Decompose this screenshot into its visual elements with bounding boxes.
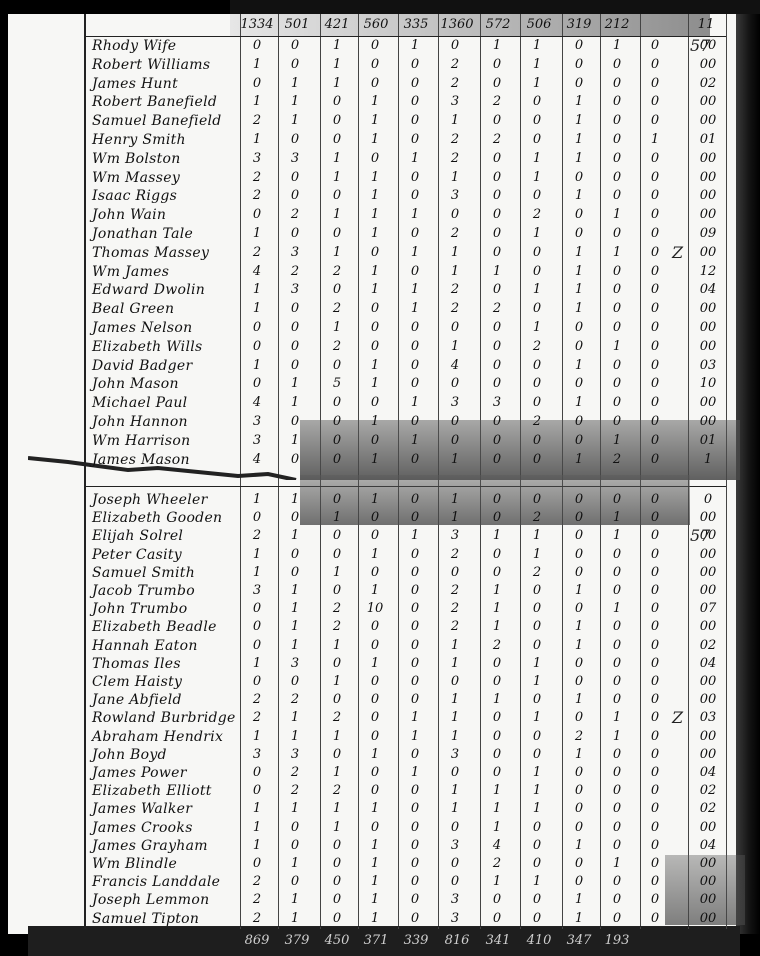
tally-value: 1 bbox=[242, 224, 272, 244]
tally-value: 0 bbox=[602, 836, 632, 856]
row-tally: 07 bbox=[688, 599, 728, 619]
tally-value: 1 bbox=[322, 243, 352, 263]
tally-value: 2 bbox=[242, 186, 272, 206]
head-of-household-name: David Badger bbox=[92, 356, 242, 376]
tally-value: 1 bbox=[242, 727, 272, 747]
row-tally: 01 bbox=[688, 431, 728, 451]
row-tally: 03 bbox=[688, 356, 728, 376]
header-total: 506 bbox=[518, 14, 560, 36]
header-total: 421 bbox=[318, 14, 356, 36]
header-total: 1360 bbox=[436, 14, 478, 36]
tally-value: 0 bbox=[280, 412, 310, 432]
tally-value: 2 bbox=[440, 55, 470, 75]
tally-value: 0 bbox=[602, 617, 632, 637]
census-row: Joseph Wheeler110101000000 bbox=[0, 490, 760, 510]
tally-value: 1 bbox=[564, 909, 594, 929]
tally-value: 0 bbox=[564, 318, 594, 338]
tally-value: 1 bbox=[640, 130, 670, 150]
tally-value: 0 bbox=[400, 890, 430, 910]
tally-value: 0 bbox=[400, 909, 430, 929]
tally-value: 2 bbox=[522, 205, 552, 225]
tally-value: 0 bbox=[400, 130, 430, 150]
tally-value: 1 bbox=[360, 262, 390, 282]
row-tally: 04 bbox=[688, 763, 728, 783]
tally-value: 2 bbox=[242, 690, 272, 710]
tally-value: 1 bbox=[322, 727, 352, 747]
tally-value: 0 bbox=[482, 545, 512, 565]
census-row: Robert Banefield1101032010000 bbox=[0, 92, 760, 112]
tally-value: 0 bbox=[640, 431, 670, 451]
row-tally: 02 bbox=[688, 799, 728, 819]
tally-value: 1 bbox=[360, 92, 390, 112]
tally-value: 0 bbox=[522, 636, 552, 656]
tally-value: 0 bbox=[400, 563, 430, 583]
tally-value: 0 bbox=[640, 836, 670, 856]
tally-value: 1 bbox=[522, 654, 552, 674]
tally-value: 0 bbox=[602, 818, 632, 838]
tally-value: 1 bbox=[440, 490, 470, 510]
census-row: James Grayham1001034010004 bbox=[0, 836, 760, 856]
head-of-household-name: Hannah Eaton bbox=[92, 636, 242, 656]
tally-value: 1 bbox=[242, 92, 272, 112]
tally-value: 1 bbox=[360, 224, 390, 244]
tally-value: 1 bbox=[564, 299, 594, 319]
tally-value: 0 bbox=[400, 617, 430, 637]
tally-value: 1 bbox=[400, 393, 430, 413]
tally-value: 0 bbox=[602, 393, 632, 413]
tally-value: 0 bbox=[640, 55, 670, 75]
row-tally: 00 bbox=[688, 563, 728, 583]
census-row: Samuel Smith1010000200000 bbox=[0, 563, 760, 583]
tally-value: 0 bbox=[400, 318, 430, 338]
tally-value: 0 bbox=[482, 356, 512, 376]
head-of-household-name: Wm James bbox=[92, 262, 242, 282]
tally-value: 0 bbox=[522, 299, 552, 319]
tally-value: 0 bbox=[400, 654, 430, 674]
tally-value: 0 bbox=[602, 92, 632, 112]
tally-value: 1 bbox=[522, 763, 552, 783]
tally-value: 0 bbox=[360, 299, 390, 319]
footer-total: 347 bbox=[560, 930, 598, 952]
tally-value: 0 bbox=[564, 818, 594, 838]
tally-value: 0 bbox=[242, 617, 272, 637]
tally-value: 0 bbox=[322, 393, 352, 413]
header-total: 572 bbox=[478, 14, 518, 36]
tally-value: 1 bbox=[400, 243, 430, 263]
head-of-household-name: Jonathan Tale bbox=[92, 224, 242, 244]
tally-value: 1 bbox=[360, 280, 390, 300]
tally-value: 1 bbox=[322, 818, 352, 838]
head-of-household-name: Beal Green bbox=[92, 299, 242, 319]
tally-value: 1 bbox=[360, 909, 390, 929]
header-total: 560 bbox=[356, 14, 396, 36]
tally-value: 0 bbox=[360, 337, 390, 357]
tally-value: 0 bbox=[564, 799, 594, 819]
head-of-household-name: John Mason bbox=[92, 374, 242, 394]
tally-value: 1 bbox=[482, 526, 512, 546]
tally-value: 1 bbox=[242, 818, 272, 838]
tally-value: 1 bbox=[440, 508, 470, 528]
footer-total bbox=[636, 930, 686, 952]
census-row: Michael Paul4100133010000 bbox=[0, 393, 760, 413]
census-row: Francis Landdale2001001100000 bbox=[0, 872, 760, 892]
tally-value: 0 bbox=[640, 545, 670, 565]
tally-value: 0 bbox=[322, 92, 352, 112]
tally-value: 0 bbox=[360, 727, 390, 747]
tally-value: 0 bbox=[602, 563, 632, 583]
tally-value: 3 bbox=[440, 526, 470, 546]
tally-value: 1 bbox=[602, 337, 632, 357]
tally-value: 0 bbox=[522, 431, 552, 451]
census-row: Isaac Riggs2001030010000 bbox=[0, 186, 760, 206]
tally-value: 0 bbox=[640, 168, 670, 188]
tally-value: 0 bbox=[280, 545, 310, 565]
head-of-household-name: Francis Landdale bbox=[92, 872, 242, 892]
head-of-household-name: James Walker bbox=[92, 799, 242, 819]
tally-value: 0 bbox=[482, 224, 512, 244]
tally-value: 1 bbox=[242, 836, 272, 856]
tally-value: 0 bbox=[242, 763, 272, 783]
row-tally: 00 bbox=[688, 55, 728, 75]
tally-value: 0 bbox=[280, 508, 310, 528]
tally-value: 1 bbox=[602, 508, 632, 528]
tally-value: 0 bbox=[564, 563, 594, 583]
row-tally: 00 bbox=[688, 186, 728, 206]
tally-value: 0 bbox=[522, 890, 552, 910]
tally-value: 0 bbox=[400, 636, 430, 656]
tally-value: 0 bbox=[360, 318, 390, 338]
tally-value: 2 bbox=[242, 526, 272, 546]
tally-value: 1 bbox=[280, 727, 310, 747]
tally-value: 0 bbox=[280, 450, 310, 470]
census-row: John Mason0151000000010 bbox=[0, 374, 760, 394]
row-tally: 0 bbox=[688, 490, 728, 510]
tally-value: 1 bbox=[522, 708, 552, 728]
census-row: Samuel Banefield2101010010000 bbox=[0, 111, 760, 131]
row-tally: 1 bbox=[688, 450, 728, 470]
row-tally: 01 bbox=[688, 130, 728, 150]
tally-value: 0 bbox=[400, 599, 430, 619]
tally-value: 0 bbox=[482, 654, 512, 674]
tally-value: 1 bbox=[400, 280, 430, 300]
row-tally: 00 bbox=[688, 745, 728, 765]
tally-value: 0 bbox=[640, 243, 670, 263]
tally-value: 2 bbox=[280, 781, 310, 801]
tally-value: 1 bbox=[564, 149, 594, 169]
tally-value: 0 bbox=[400, 581, 430, 601]
tally-value: 10 bbox=[360, 599, 390, 619]
tally-value: 0 bbox=[640, 337, 670, 357]
tally-value: 2 bbox=[242, 890, 272, 910]
head-of-household-name: Samuel Banefield bbox=[92, 111, 242, 131]
tally-value: 1 bbox=[322, 168, 352, 188]
tally-value: 0 bbox=[602, 745, 632, 765]
tally-value: 1 bbox=[360, 581, 390, 601]
tally-value: 1 bbox=[400, 763, 430, 783]
tally-value: 1 bbox=[280, 74, 310, 94]
census-row: James Hunt0110020100002 bbox=[0, 74, 760, 94]
header-total: 319 bbox=[560, 14, 598, 36]
head-of-household-name: Wm Bolston bbox=[92, 149, 242, 169]
tally-value: 1 bbox=[482, 690, 512, 710]
tally-value: 2 bbox=[482, 854, 512, 874]
tally-value: 1 bbox=[280, 599, 310, 619]
tally-value: 0 bbox=[602, 636, 632, 656]
tally-value: 0 bbox=[640, 224, 670, 244]
tally-value: 0 bbox=[640, 563, 670, 583]
tally-value: 0 bbox=[640, 318, 670, 338]
footer-total: 193 bbox=[598, 930, 636, 952]
tally-value: 2 bbox=[522, 337, 552, 357]
tally-value: 0 bbox=[522, 393, 552, 413]
tally-value: 1 bbox=[482, 599, 512, 619]
tally-value: 0 bbox=[640, 374, 670, 394]
row-tally: 00 bbox=[688, 111, 728, 131]
tally-value: 0 bbox=[400, 745, 430, 765]
tally-value: 2 bbox=[280, 205, 310, 225]
census-row: Henry Smith1001022010101 bbox=[0, 130, 760, 150]
tally-value: 3 bbox=[280, 654, 310, 674]
tally-value: 0 bbox=[482, 727, 512, 747]
row-tally: 00 bbox=[688, 393, 728, 413]
tally-value: 0 bbox=[522, 243, 552, 263]
tally-value: 0 bbox=[640, 799, 670, 819]
tally-value: 0 bbox=[482, 508, 512, 528]
tally-value: 1 bbox=[522, 672, 552, 692]
head-of-household-name: James Nelson bbox=[92, 318, 242, 338]
tally-value: 2 bbox=[482, 636, 512, 656]
tally-value: 0 bbox=[322, 872, 352, 892]
tally-value: 1 bbox=[360, 872, 390, 892]
tally-value: 1 bbox=[522, 74, 552, 94]
tally-value: 1 bbox=[280, 490, 310, 510]
tally-value: 0 bbox=[602, 168, 632, 188]
tally-value: 0 bbox=[280, 224, 310, 244]
tally-value: 3 bbox=[280, 745, 310, 765]
tally-value: 3 bbox=[440, 890, 470, 910]
tally-value: 0 bbox=[640, 450, 670, 470]
tally-value: 0 bbox=[322, 581, 352, 601]
row-tally: 02 bbox=[688, 781, 728, 801]
tally-value: 0 bbox=[522, 450, 552, 470]
tally-value: 0 bbox=[602, 872, 632, 892]
tally-value: 0 bbox=[242, 636, 272, 656]
tally-value: 1 bbox=[280, 526, 310, 546]
tally-value: 1 bbox=[482, 781, 512, 801]
tally-value: 4 bbox=[242, 393, 272, 413]
tally-value: 0 bbox=[564, 55, 594, 75]
tally-value: 3 bbox=[280, 280, 310, 300]
head-of-household-name: James Crooks bbox=[92, 818, 242, 838]
tally-value: 0 bbox=[242, 781, 272, 801]
tally-value: 1 bbox=[440, 690, 470, 710]
tally-value: 1 bbox=[242, 545, 272, 565]
tally-value: 0 bbox=[242, 672, 272, 692]
tally-value: 1 bbox=[280, 92, 310, 112]
tally-value: 0 bbox=[640, 909, 670, 929]
tally-value: 0 bbox=[482, 450, 512, 470]
tally-value: 1 bbox=[322, 55, 352, 75]
tally-value: 0 bbox=[360, 55, 390, 75]
tally-value: 0 bbox=[640, 356, 670, 376]
tally-value: 0 bbox=[322, 745, 352, 765]
tally-value: 0 bbox=[482, 672, 512, 692]
tally-value: 3 bbox=[440, 393, 470, 413]
tally-value: 1 bbox=[602, 526, 632, 546]
tally-value: 1 bbox=[280, 890, 310, 910]
tally-value: 0 bbox=[400, 872, 430, 892]
tally-value: 0 bbox=[640, 36, 670, 56]
tally-value: 0 bbox=[322, 450, 352, 470]
tally-value: 1 bbox=[322, 563, 352, 583]
tally-value: 0 bbox=[640, 636, 670, 656]
tally-value: 0 bbox=[322, 356, 352, 376]
tally-value: 1 bbox=[602, 727, 632, 747]
tally-value: 1 bbox=[564, 186, 594, 206]
tally-value: 0 bbox=[602, 149, 632, 169]
head-of-household-name: Jacob Trumbo bbox=[92, 581, 242, 601]
row-tally: 12 bbox=[688, 262, 728, 282]
tally-value: 1 bbox=[280, 581, 310, 601]
row-tally: 00 bbox=[688, 299, 728, 319]
tally-value: 0 bbox=[440, 318, 470, 338]
tally-value: 2 bbox=[322, 262, 352, 282]
tally-value: 0 bbox=[280, 337, 310, 357]
head-of-household-name: Thomas Iles bbox=[92, 654, 242, 674]
tally-value: 2 bbox=[522, 508, 552, 528]
tally-value: 0 bbox=[522, 690, 552, 710]
tally-value: 1 bbox=[482, 581, 512, 601]
tally-value: 1 bbox=[400, 299, 430, 319]
tally-value: 0 bbox=[322, 490, 352, 510]
head-of-household-name: Jane Abfield bbox=[92, 690, 242, 710]
tally-value: 0 bbox=[640, 299, 670, 319]
tally-value: 0 bbox=[482, 763, 512, 783]
tally-value: 0 bbox=[360, 708, 390, 728]
tally-value: 0 bbox=[640, 186, 670, 206]
tally-value: 0 bbox=[400, 111, 430, 131]
tally-value: 2 bbox=[280, 262, 310, 282]
tally-value: 0 bbox=[522, 854, 552, 874]
tally-value: 1 bbox=[322, 672, 352, 692]
tally-value: 0 bbox=[640, 890, 670, 910]
row-tally: 00 bbox=[688, 890, 728, 910]
tally-value: 1 bbox=[522, 168, 552, 188]
tally-value: 0 bbox=[360, 393, 390, 413]
tally-value: 4 bbox=[242, 262, 272, 282]
tally-value: 0 bbox=[280, 356, 310, 376]
tally-value: 0 bbox=[400, 508, 430, 528]
row-tally: 04 bbox=[688, 280, 728, 300]
census-row: John Trumbo01210021001007 bbox=[0, 599, 760, 619]
tally-value: 1 bbox=[242, 654, 272, 674]
tally-value: 1 bbox=[280, 708, 310, 728]
tally-value: 0 bbox=[400, 854, 430, 874]
tally-value: 0 bbox=[440, 872, 470, 892]
footer-total: 410 bbox=[518, 930, 560, 952]
tally-value: 0 bbox=[564, 781, 594, 801]
tally-value: 0 bbox=[400, 224, 430, 244]
census-row: Wm Bolston3310120110000 bbox=[0, 149, 760, 169]
row-tally: 00 bbox=[688, 318, 728, 338]
tally-value: 0 bbox=[564, 672, 594, 692]
tally-value: 0 bbox=[400, 262, 430, 282]
head-of-household-name: Elijah Solrel bbox=[92, 526, 242, 546]
census-row: Jonathan Tale1001020100009 bbox=[0, 224, 760, 244]
tally-value: 0 bbox=[522, 186, 552, 206]
tally-value: 1 bbox=[322, 799, 352, 819]
tally-value: 0 bbox=[322, 909, 352, 929]
tally-value: 2 bbox=[440, 74, 470, 94]
tally-value: 1 bbox=[242, 280, 272, 300]
tally-value: 2 bbox=[322, 337, 352, 357]
tally-value: 0 bbox=[482, 374, 512, 394]
tally-value: 0 bbox=[602, 55, 632, 75]
tally-value: 0 bbox=[564, 545, 594, 565]
tally-value: 0 bbox=[602, 654, 632, 674]
footer-total: 450 bbox=[318, 930, 356, 952]
tally-value: 0 bbox=[640, 672, 670, 692]
tally-value: 0 bbox=[440, 818, 470, 838]
tally-value: 0 bbox=[280, 55, 310, 75]
tally-value: 1 bbox=[280, 854, 310, 874]
tally-value: 0 bbox=[640, 818, 670, 838]
tally-value: 0 bbox=[602, 909, 632, 929]
row-tally: 03 bbox=[688, 708, 728, 728]
tally-value: 0 bbox=[602, 299, 632, 319]
head-of-household-name: Joseph Wheeler bbox=[92, 490, 242, 510]
tally-value: 1 bbox=[564, 130, 594, 150]
tally-value: 0 bbox=[400, 74, 430, 94]
tally-value: 3 bbox=[242, 745, 272, 765]
head-of-household-name: Henry Smith bbox=[92, 130, 242, 150]
tally-value: 0 bbox=[640, 745, 670, 765]
head-of-household-name: Elizabeth Elliott bbox=[92, 781, 242, 801]
tally-value: 1 bbox=[360, 356, 390, 376]
tally-value: 0 bbox=[360, 526, 390, 546]
tally-value: 1 bbox=[360, 130, 390, 150]
head-of-household-name: Isaac Riggs bbox=[92, 186, 242, 206]
census-row: James Mason400101001201 bbox=[0, 450, 760, 470]
tally-value: 0 bbox=[640, 262, 670, 282]
tally-value: 1 bbox=[280, 374, 310, 394]
census-row: Elijah Solrel2100131101000 bbox=[0, 526, 760, 546]
tally-value: 1 bbox=[440, 781, 470, 801]
tally-value: 0 bbox=[280, 563, 310, 583]
tally-value: 0 bbox=[482, 205, 512, 225]
tally-value: 0 bbox=[640, 205, 670, 225]
tally-value: 0 bbox=[360, 690, 390, 710]
row-tally: 00 bbox=[688, 818, 728, 838]
footer-total: 371 bbox=[356, 930, 396, 952]
tally-value: 0 bbox=[280, 36, 310, 56]
tally-value: 2 bbox=[602, 450, 632, 470]
margin-annotation: Z bbox=[672, 243, 683, 262]
tally-value: 0 bbox=[322, 431, 352, 451]
tally-value: 1 bbox=[360, 374, 390, 394]
tally-value: 1 bbox=[360, 654, 390, 674]
tally-value: 0 bbox=[360, 617, 390, 637]
footer-total: 379 bbox=[276, 930, 318, 952]
tally-value: 1 bbox=[322, 636, 352, 656]
tally-value: 2 bbox=[322, 617, 352, 637]
tally-value: 0 bbox=[280, 818, 310, 838]
tally-value: 2 bbox=[522, 412, 552, 432]
tally-value: 0 bbox=[640, 872, 670, 892]
head-of-household-name: Rhody Wife bbox=[92, 36, 242, 56]
tally-value: 1 bbox=[242, 799, 272, 819]
census-row: Jacob Trumbo3101021010000 bbox=[0, 581, 760, 601]
